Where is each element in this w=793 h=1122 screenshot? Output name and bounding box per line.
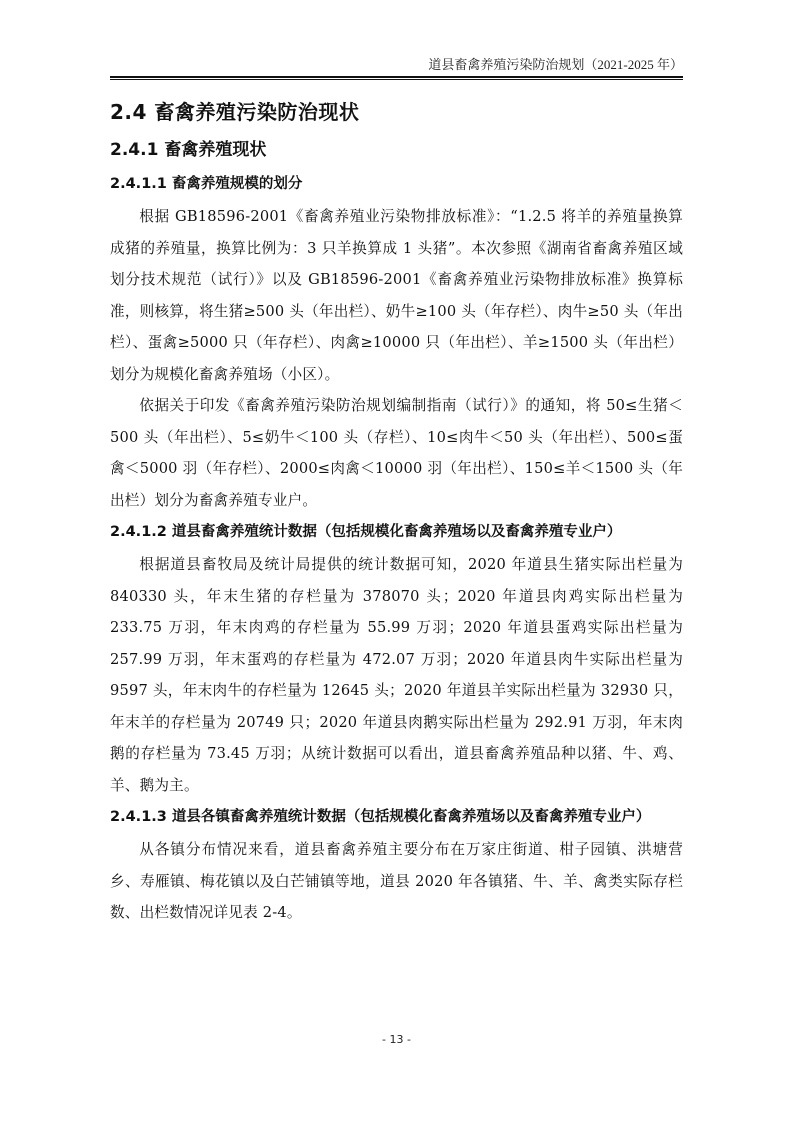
item-heading-scale-division: 2.4.1.1 畜禽养殖规模的划分 xyxy=(110,168,683,201)
subsection-heading: 2.4.1 畜禽养殖现状 xyxy=(110,132,683,168)
item-heading-county-statistics: 2.4.1.2 道县畜禽养殖统计数据（包括规模化畜禽养殖场以及畜禽养殖专业户） xyxy=(110,516,683,549)
page-content: 2.4 畜禽养殖污染防治现状 2.4.1 畜禽养殖现状 2.4.1.1 畜禽养殖… xyxy=(110,92,683,929)
paragraph-specialized-household: 依据关于印发《畜禽养殖污染防治规划编制指南（试行）》的通知，将 50≤生猪＜50… xyxy=(110,390,683,516)
item-heading-town-statistics: 2.4.1.3 道县各镇畜禽养殖统计数据（包括规模化畜禽养殖场以及畜禽养殖专业户… xyxy=(110,801,683,834)
header-rule-thick xyxy=(110,76,683,78)
paragraph-county-statistics: 根据道县畜牧局及统计局提供的统计数据可知，2020 年道县生猪实际出栏量为 84… xyxy=(110,549,683,801)
header-rule-thin xyxy=(110,79,683,80)
paragraph-scale-standard: 根据 GB18596-2001《畜禽养殖业污染物排放标准》：“1.2.5 将羊的… xyxy=(110,201,683,390)
paragraph-town-statistics: 从各镇分布情况来看，道县畜禽养殖主要分布在万家庄街道、柑子园镇、洪塘营乡、寿雁镇… xyxy=(110,834,683,929)
header-title: 道县畜禽养殖污染防治规划（2021-2025 年） xyxy=(110,56,683,74)
page-header: 道县畜禽养殖污染防治规划（2021-2025 年） xyxy=(110,56,683,80)
page-number: - 13 - xyxy=(0,1033,793,1046)
section-heading: 2.4 畜禽养殖污染防治现状 xyxy=(110,92,683,132)
